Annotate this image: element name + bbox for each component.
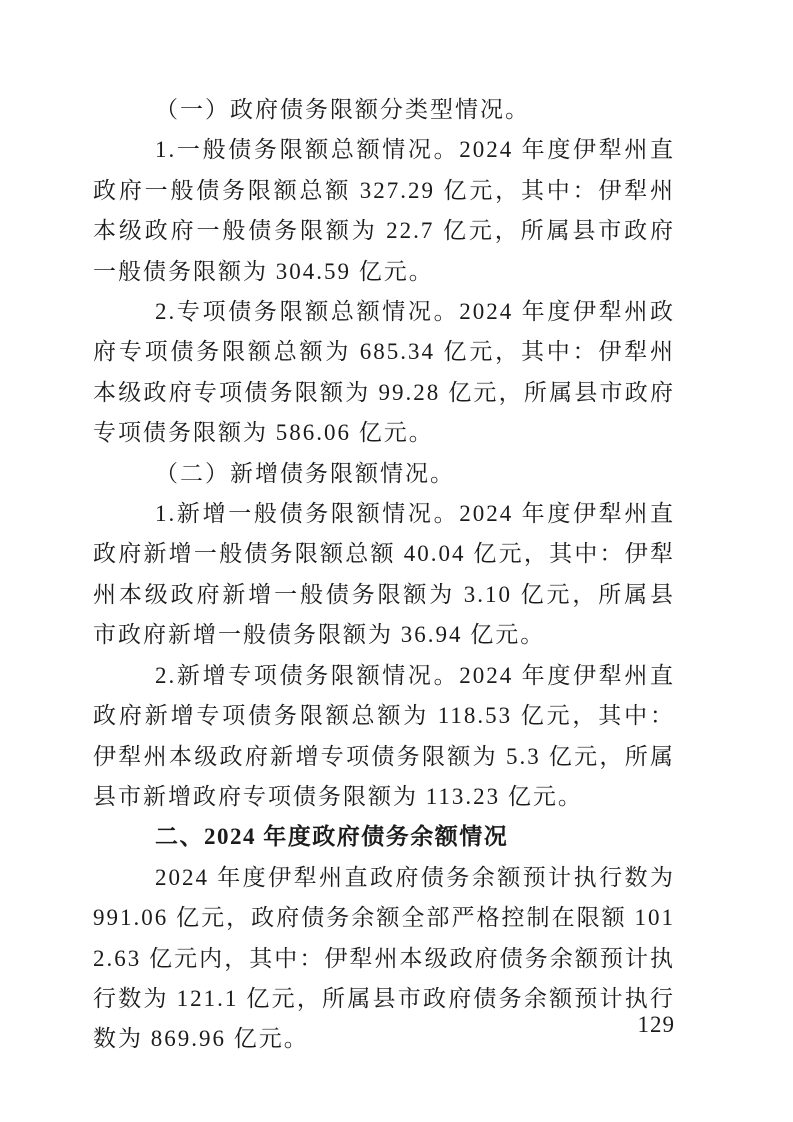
paragraph-new-general-debt-limit: 1.新增一般债务限额情况。2024 年度伊犁州直政府新增一般债务限额总额 40.… <box>93 494 675 656</box>
paragraph-special-debt-limit: 2.专项债务限额总额情况。2024 年度伊犁州政府专项债务限额总额为 685.3… <box>93 292 675 454</box>
paragraph-general-debt-limit: 1.一般债务限额总额情况。2024 年度伊犁州直政府一般债务限额总额 327.2… <box>93 130 675 292</box>
page-number: 129 <box>638 1012 676 1038</box>
paragraph-debt-balance-figures: 2024 年度伊犁州直政府债务余额预计执行数为 991.06 亿元，政府债务余额… <box>93 858 675 1060</box>
paragraph-new-special-debt-limit: 2.新增专项债务限额情况。2024 年度伊犁州直政府新增专项债务限额总额为 11… <box>93 656 675 818</box>
section-subheading-new-debt-limit: （二）新增债务限额情况。 <box>93 454 675 494</box>
document-page: （一）政府债务限额分类型情况。 1.一般债务限额总额情况。2024 年度伊犁州直… <box>0 0 793 1122</box>
section-subheading-debt-limit-by-type: （一）政府债务限额分类型情况。 <box>93 90 675 130</box>
document-body: （一）政府债务限额分类型情况。 1.一般债务限额总额情况。2024 年度伊犁州直… <box>93 90 675 1060</box>
section-heading-debt-balance-2024: 二、2024 年度政府债务余额情况 <box>93 817 675 857</box>
